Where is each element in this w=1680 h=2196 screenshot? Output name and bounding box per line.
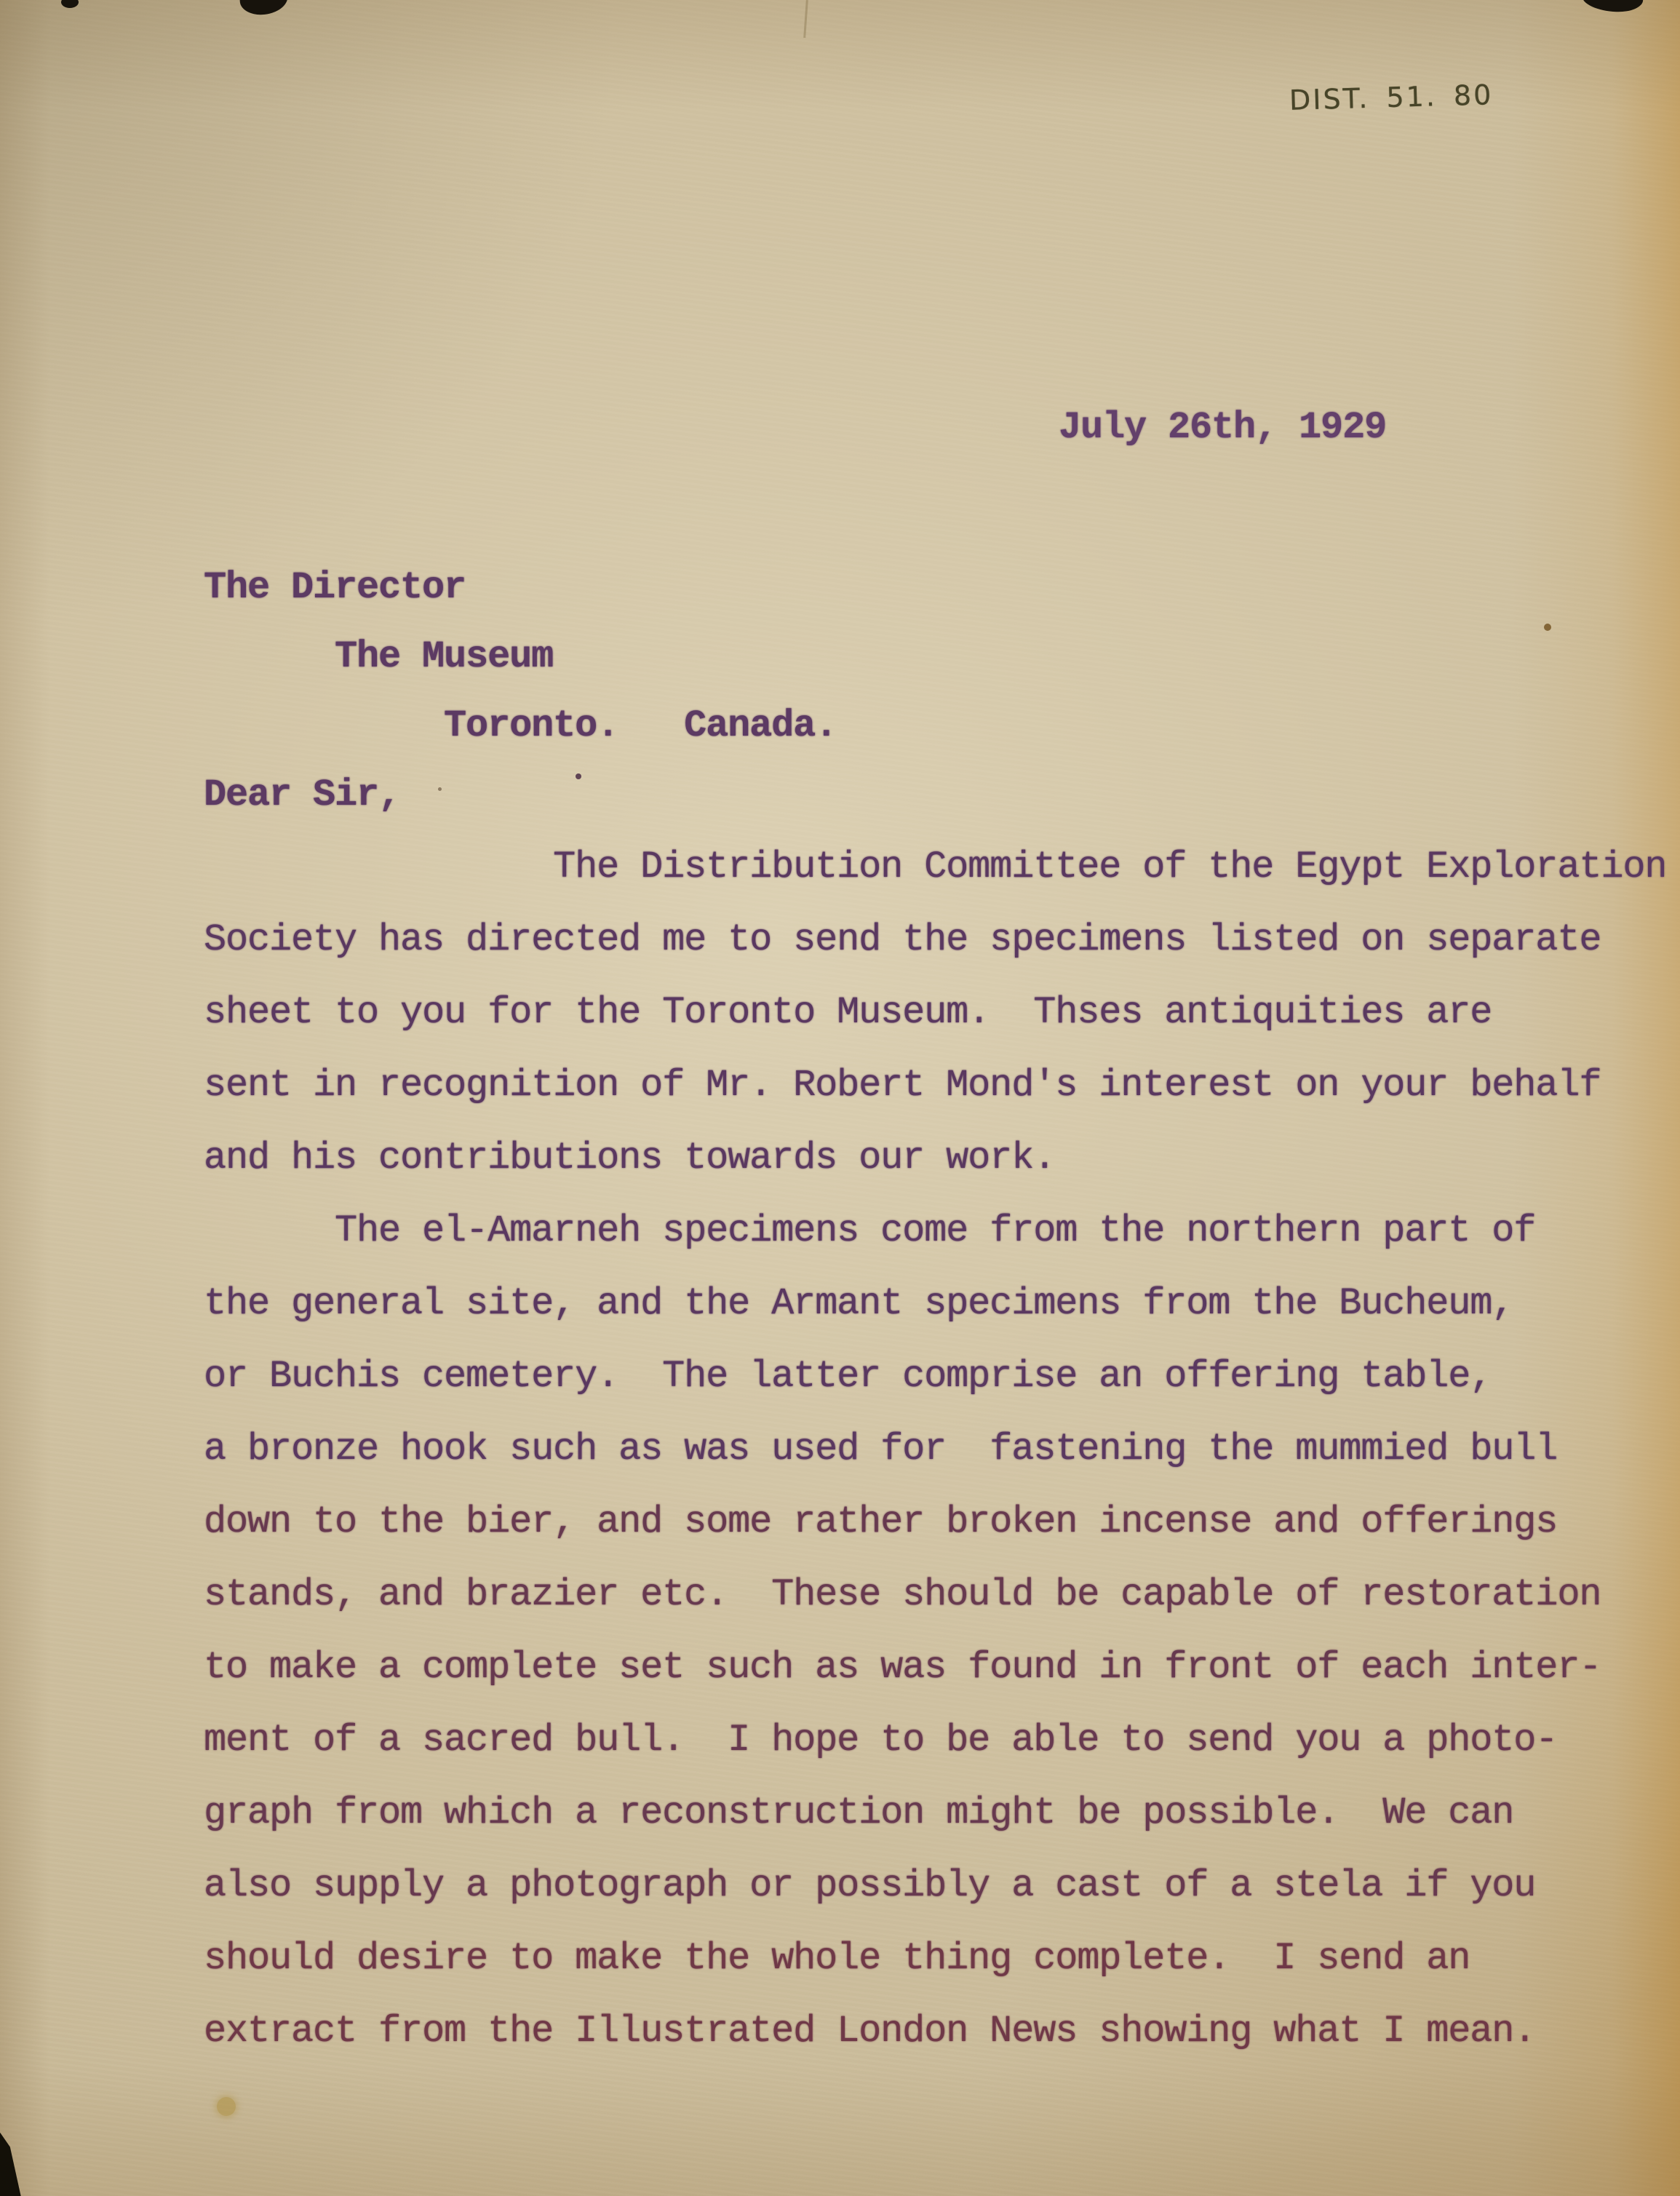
letter-date: July 26th, 1929 [1059,393,1386,462]
letter-line: stands, and brazier etc. These should be… [204,1559,1666,1631]
paper-stain [217,2097,236,2116]
archival-annotation: DIST. 51. 80 [1289,79,1493,116]
letter-line: to make a complete set such as was found… [204,1631,1666,1704]
letter-line: The Distribution Committee of the Egypt … [204,831,1666,904]
torn-edge-mark [61,0,79,8]
letter-line: also supply a photograph or possibly a c… [204,1850,1666,1922]
letter-body: The Distribution Committee of the Egypt … [204,831,1666,2068]
recipient-line: The Director [204,553,837,622]
recipient-line: Toronto. Canada. [204,691,837,760]
letter-line: down to the bier, and some rather broken… [204,1486,1666,1559]
letter-line: ment of a sacred bull. I hope to be able… [204,1704,1666,1777]
letter-line: a bronze hook such as was used for faste… [204,1413,1666,1486]
letter-line: The el-Amarneh specimens come from the n… [204,1195,1666,1268]
torn-edge-mark [239,0,288,16]
letter-line: or Buchis cemetery. The latter comprise … [204,1340,1666,1413]
torn-edge-mark [1582,0,1644,12]
letter-line: graph from which a reconstruction might … [204,1777,1666,1850]
paper-crease [803,0,808,38]
scanned-letter-page: DIST. 51. 80 July 26th, 1929 The Directo… [0,0,1680,2196]
paper-speck [1544,624,1551,631]
recipient-line: The Museum [204,622,837,691]
torn-edge-mark [0,2126,22,2196]
letter-line: should desire to make the whole thing co… [204,1922,1666,1995]
letter-line: Society has directed me to send the spec… [204,904,1666,976]
letter-line: sheet to you for the Toronto Museum. Ths… [204,976,1666,1049]
recipient-line: Dear Sir, [204,760,837,830]
letter-line: sent in recognition of Mr. Robert Mond's… [204,1049,1666,1122]
letter-line: extract from the Illustrated London News… [204,1995,1666,2068]
letter-line: the general site, and the Armant specime… [204,1268,1666,1340]
letter-line: and his contributions towards our work. [204,1122,1666,1195]
recipient-block: The Director The Museum Toronto. Canada.… [204,553,837,830]
